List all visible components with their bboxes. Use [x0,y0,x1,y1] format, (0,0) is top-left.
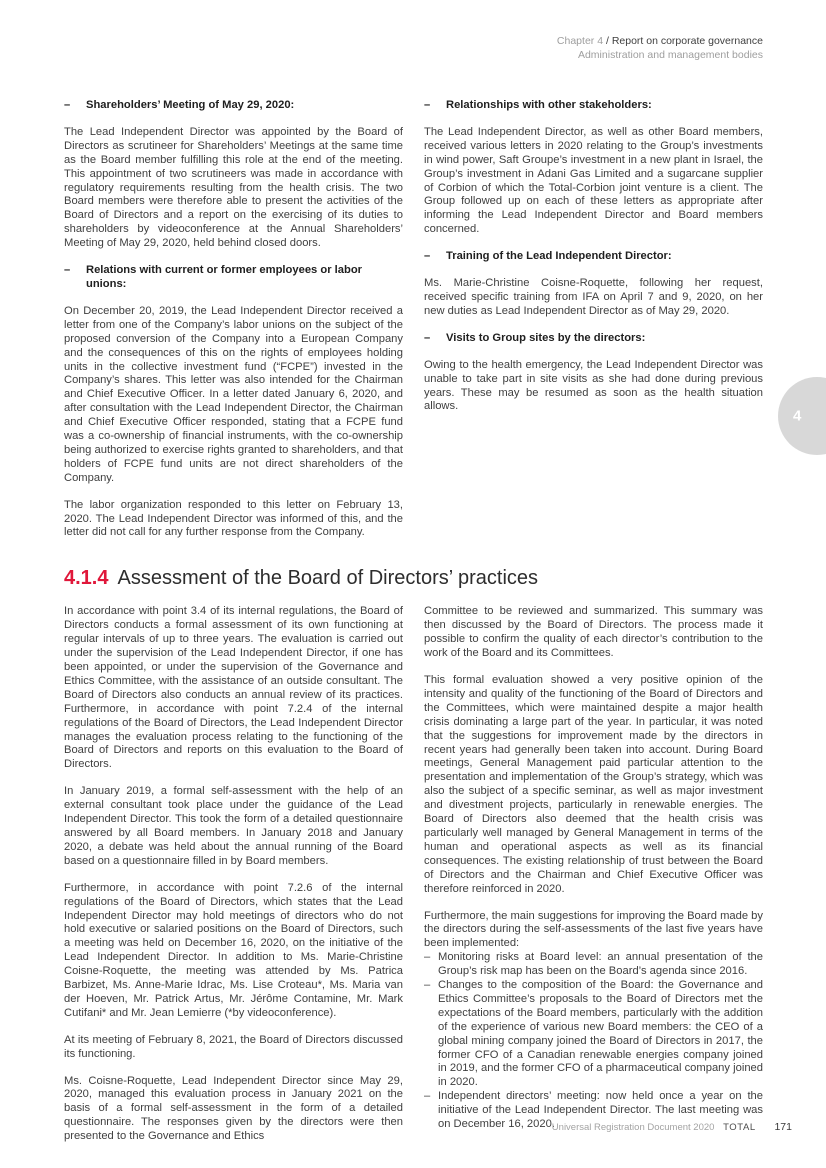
dash-marker: – [64,99,70,113]
subsection-heading-label: Relationships with other stakeholders: [446,99,652,111]
bullet-text: Monitoring risks at Board level: an annu… [438,951,763,977]
dash-marker: – [424,1090,430,1104]
paragraph: Furthermore, in accordance with point 7.… [64,882,403,1021]
dash-marker: – [424,979,430,993]
page-footer: Universal Registration Document 2020 TOT… [552,1121,792,1133]
paragraph: This formal evaluation showed a very pos… [424,674,763,897]
subsection-heading-label: Relations with current or former employe… [86,264,362,290]
footer-document-title: Universal Registration Document 2020 [552,1122,715,1133]
header-line-1: Chapter 4 / Report on corporate governan… [557,34,763,48]
dash-marker: – [424,332,430,346]
subsection-heading-label: Shareholders’ Meeting of May 29, 2020: [86,99,294,111]
paragraph: The labor organization responded to this… [64,499,403,541]
top-right-column: –Relationships with other stakeholders:T… [424,99,763,553]
paragraph: Ms. Coisne-Roquette, Lead Independent Di… [64,1075,403,1145]
footer-brand: TOTAL [723,1122,756,1133]
dash-marker: – [424,99,430,113]
document-page: Chapter 4 / Report on corporate governan… [0,0,826,1168]
paragraph: At its meeting of February 8, 2021, the … [64,1034,403,1062]
chapter-subtitle: Administration and management bodies [557,48,763,62]
subsection-heading: –Shareholders’ Meeting of May 29, 2020: [64,99,403,113]
chapter-separator: / [603,35,612,47]
subsection-heading: –Visits to Group sites by the directors: [424,332,763,346]
chapter-tab-number: 4 [793,408,801,425]
section-heading: 4.1.4Assessment of the Board of Director… [64,566,763,591]
subsection-heading-label: Training of the Lead Independent Directo… [446,250,672,262]
paragraph: Ms. Marie-Christine Coisne-Roquette, fol… [424,277,763,319]
bottom-right-column: Committee to be reviewed and summarized.… [424,605,763,1157]
chapter-label: Chapter 4 [557,35,603,47]
page-header: Chapter 4 / Report on corporate governan… [557,34,763,62]
paragraph: Furthermore, the main suggestions for im… [424,910,763,952]
section-number: 4.1.4 [64,567,108,589]
paragraph: On December 20, 2019, the Lead Independe… [64,305,403,486]
bottom-section: In accordance with point 3.4 of its inte… [64,605,763,1157]
bullet-item: –Monitoring risks at Board level: an ann… [424,951,763,979]
chapter-tab: 4 [778,377,826,455]
top-left-column: –Shareholders’ Meeting of May 29, 2020:T… [64,99,403,553]
bottom-left-column: In accordance with point 3.4 of its inte… [64,605,403,1157]
chapter-title: Report on corporate governance [612,35,763,47]
paragraph: In accordance with point 3.4 of its inte… [64,605,403,772]
paragraph: In January 2019, a formal self-assessmen… [64,785,403,868]
footer-page-number: 171 [774,1121,792,1133]
dash-marker: – [424,250,430,264]
paragraph: Committee to be reviewed and summarized.… [424,605,763,661]
subsection-heading: –Training of the Lead Independent Direct… [424,250,763,264]
section-title: Assessment of the Board of Directors’ pr… [117,567,538,589]
page-content: –Shareholders’ Meeting of May 29, 2020:T… [64,99,763,1157]
bullet-text: Changes to the composition of the Board:… [438,979,763,1088]
dash-marker: – [64,264,70,278]
subsection-heading-label: Visits to Group sites by the directors: [446,332,645,344]
subsection-heading: –Relations with current or former employ… [64,264,403,292]
top-section: –Shareholders’ Meeting of May 29, 2020:T… [64,99,763,553]
paragraph: The Lead Independent Director was appoin… [64,126,403,251]
paragraph: The Lead Independent Director, as well a… [424,126,763,237]
dash-marker: – [424,951,430,965]
subsection-heading: –Relationships with other stakeholders: [424,99,763,113]
paragraph: Owing to the health emergency, the Lead … [424,359,763,415]
bullet-item: –Changes to the composition of the Board… [424,979,763,1090]
